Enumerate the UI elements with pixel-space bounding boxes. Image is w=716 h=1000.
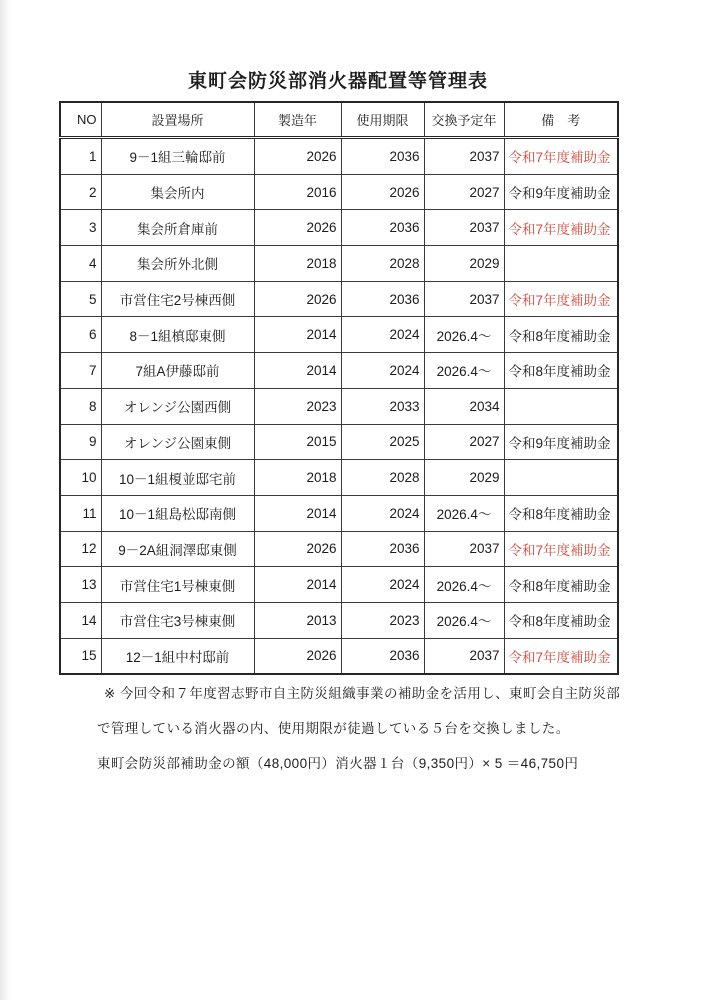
cell-location: 市営住宅1号棟東側	[101, 567, 254, 603]
cell-expiry-year: 2036	[341, 638, 424, 674]
table-row: 6 8－1組槙邸東側 2014 2024 2026.4～ 令和8年度補助金	[60, 317, 618, 353]
cell-replacement-year: 2037	[424, 531, 504, 567]
cell-expiry-year: 2028	[341, 460, 424, 496]
cell-replacement-year: 2026.4～	[424, 317, 504, 353]
cell-manufacture-year: 2016	[254, 174, 341, 210]
cell-location: 集会所外北側	[101, 246, 254, 282]
cell-remarks	[504, 460, 618, 496]
cell-replacement-year: 2034	[424, 388, 504, 424]
cell-replacement-year: 2037	[424, 210, 504, 246]
table-row: 5 市営住宅2号棟西側 2026 2036 2037 令和7年度補助金	[60, 281, 618, 317]
cell-location: 市営住宅3号棟東側	[101, 602, 254, 638]
table-row: 10 10－1組榎並邸宅前 2018 2028 2029	[60, 460, 618, 496]
cell-replacement-year: 2029	[424, 246, 504, 282]
cell-remarks: 令和7年度補助金	[504, 210, 618, 246]
table-row: 3 集会所倉庫前 2026 2036 2037 令和7年度補助金	[60, 210, 618, 246]
cell-remarks: 令和7年度補助金	[504, 138, 618, 175]
cell-remarks: 令和8年度補助金	[504, 353, 618, 389]
table-row: 4 集会所外北側 2018 2028 2029	[60, 246, 618, 282]
page-edge-shading	[0, 0, 12, 1000]
cell-no: 15	[60, 638, 101, 674]
cell-no: 13	[60, 567, 101, 603]
table-row: 11 10－1組島松邸南側 2014 2024 2026.4～ 令和8年度補助金	[60, 495, 618, 531]
cell-manufacture-year: 2026	[254, 210, 341, 246]
table-row: 2 集会所内 2016 2026 2027 令和9年度補助金	[60, 174, 618, 210]
cell-replacement-year: 2027	[424, 424, 504, 460]
cell-remarks: 令和9年度補助金	[504, 424, 618, 460]
cell-manufacture-year: 2014	[254, 317, 341, 353]
cell-manufacture-year: 2014	[254, 495, 341, 531]
cell-no: 12	[60, 531, 101, 567]
cell-expiry-year: 2026	[341, 174, 424, 210]
cell-replacement-year: 2037	[424, 281, 504, 317]
table-row: 12 9－2A組洞澤邸東側 2026 2036 2037 令和7年度補助金	[60, 531, 618, 567]
cell-manufacture-year: 2014	[254, 353, 341, 389]
cell-expiry-year: 2036	[341, 281, 424, 317]
cell-no: 3	[60, 210, 101, 246]
cell-no: 7	[60, 353, 101, 389]
cell-location: オレンジ公園東側	[101, 424, 254, 460]
table-row: 9 オレンジ公園東側 2015 2025 2027 令和9年度補助金	[60, 424, 618, 460]
cell-no: 5	[60, 281, 101, 317]
cell-manufacture-year: 2026	[254, 638, 341, 674]
cell-expiry-year: 2023	[341, 602, 424, 638]
header-expiry-year: 使用期限	[341, 102, 424, 138]
table-body: 1 9－1組三輪邸前 2026 2036 2037 令和7年度補助金 2 集会所…	[60, 138, 618, 675]
header-manufacture-year: 製造年	[254, 102, 341, 138]
cell-no: 8	[60, 388, 101, 424]
cell-expiry-year: 2024	[341, 317, 424, 353]
footnote-line3: 東町会防災部補助金の額（48,000円）消火器１台（9,350円）× 5 ＝46…	[97, 746, 657, 781]
cell-no: 9	[60, 424, 101, 460]
cell-location: 集会所内	[101, 174, 254, 210]
cell-remarks: 令和7年度補助金	[504, 638, 618, 674]
cell-expiry-year: 2024	[341, 567, 424, 603]
fire-extinguisher-table: NO 設置場所 製造年 使用期限 交換予定年 備 考 1 9－1組三輪邸前 20…	[59, 101, 619, 675]
cell-expiry-year: 2024	[341, 495, 424, 531]
cell-expiry-year: 2024	[341, 353, 424, 389]
cell-replacement-year: 2027	[424, 174, 504, 210]
cell-location: 10－1組島松邸南側	[101, 495, 254, 531]
cell-location: 9－1組三輪邸前	[101, 138, 254, 175]
cell-no: 10	[60, 460, 101, 496]
cell-location: 集会所倉庫前	[101, 210, 254, 246]
cell-manufacture-year: 2013	[254, 602, 341, 638]
table-header: NO 設置場所 製造年 使用期限 交換予定年 備 考	[60, 102, 618, 138]
cell-no: 11	[60, 495, 101, 531]
cell-manufacture-year: 2018	[254, 246, 341, 282]
cell-remarks: 令和9年度補助金	[504, 174, 618, 210]
cell-manufacture-year: 2026	[254, 281, 341, 317]
cell-no: 4	[60, 246, 101, 282]
cell-location: 10－1組榎並邸宅前	[101, 460, 254, 496]
cell-replacement-year: 2026.4～	[424, 353, 504, 389]
cell-location: 12－1組中村邸前	[101, 638, 254, 674]
cell-location: 市営住宅2号棟西側	[101, 281, 254, 317]
cell-expiry-year: 2036	[341, 531, 424, 567]
cell-remarks: 令和7年度補助金	[504, 531, 618, 567]
cell-remarks: 令和8年度補助金	[504, 495, 618, 531]
footnote-line1: ※ 今回令和７年度習志野市自主防災組織事業の補助金を活用し、東町会自主防災部	[97, 676, 657, 711]
cell-replacement-year: 2026.4～	[424, 495, 504, 531]
cell-manufacture-year: 2014	[254, 567, 341, 603]
cell-no: 6	[60, 317, 101, 353]
cell-manufacture-year: 2015	[254, 424, 341, 460]
cell-replacement-year: 2029	[424, 460, 504, 496]
cell-manufacture-year: 2023	[254, 388, 341, 424]
table-row: 1 9－1組三輪邸前 2026 2036 2037 令和7年度補助金	[60, 138, 618, 175]
table-row: 8 オレンジ公園西側 2023 2033 2034	[60, 388, 618, 424]
cell-remarks	[504, 246, 618, 282]
header-replacement-year: 交換予定年	[424, 102, 504, 138]
cell-manufacture-year: 2026	[254, 531, 341, 567]
cell-expiry-year: 2036	[341, 210, 424, 246]
header-row: NO 設置場所 製造年 使用期限 交換予定年 備 考	[60, 102, 618, 138]
cell-replacement-year: 2037	[424, 138, 504, 175]
cell-replacement-year: 2037	[424, 638, 504, 674]
cell-expiry-year: 2028	[341, 246, 424, 282]
cell-no: 14	[60, 602, 101, 638]
cell-no: 1	[60, 138, 101, 175]
cell-remarks	[504, 388, 618, 424]
table-row: 15 12－1組中村邸前 2026 2036 2037 令和7年度補助金	[60, 638, 618, 674]
cell-location: 7組A伊藤邸前	[101, 353, 254, 389]
cell-remarks: 令和8年度補助金	[504, 317, 618, 353]
cell-remarks: 令和8年度補助金	[504, 567, 618, 603]
cell-remarks: 令和8年度補助金	[504, 602, 618, 638]
cell-expiry-year: 2033	[341, 388, 424, 424]
cell-manufacture-year: 2018	[254, 460, 341, 496]
page-title: 東町会防災部消火器配置等管理表	[59, 66, 617, 93]
cell-manufacture-year: 2026	[254, 138, 341, 175]
table-row: 7 7組A伊藤邸前 2014 2024 2026.4～ 令和8年度補助金	[60, 353, 618, 389]
table-row: 13 市営住宅1号棟東側 2014 2024 2026.4～ 令和8年度補助金	[60, 567, 618, 603]
cell-remarks: 令和7年度補助金	[504, 281, 618, 317]
cell-no: 2	[60, 174, 101, 210]
cell-location: オレンジ公園西側	[101, 388, 254, 424]
footnote-line2: で管理している消火器の内、使用期限が徒過している５台を交換しました。	[97, 711, 657, 746]
cell-location: 8－1組槙邸東側	[101, 317, 254, 353]
header-location: 設置場所	[101, 102, 254, 138]
header-remarks: 備 考	[504, 102, 618, 138]
header-no: NO	[60, 102, 101, 138]
cell-replacement-year: 2026.4～	[424, 602, 504, 638]
table-row: 14 市営住宅3号棟東側 2013 2023 2026.4～ 令和8年度補助金	[60, 602, 618, 638]
cell-location: 9－2A組洞澤邸東側	[101, 531, 254, 567]
cell-expiry-year: 2025	[341, 424, 424, 460]
footnotes: ※ 今回令和７年度習志野市自主防災組織事業の補助金を活用し、東町会自主防災部 で…	[97, 676, 657, 781]
cell-replacement-year: 2026.4～	[424, 567, 504, 603]
cell-expiry-year: 2036	[341, 138, 424, 175]
